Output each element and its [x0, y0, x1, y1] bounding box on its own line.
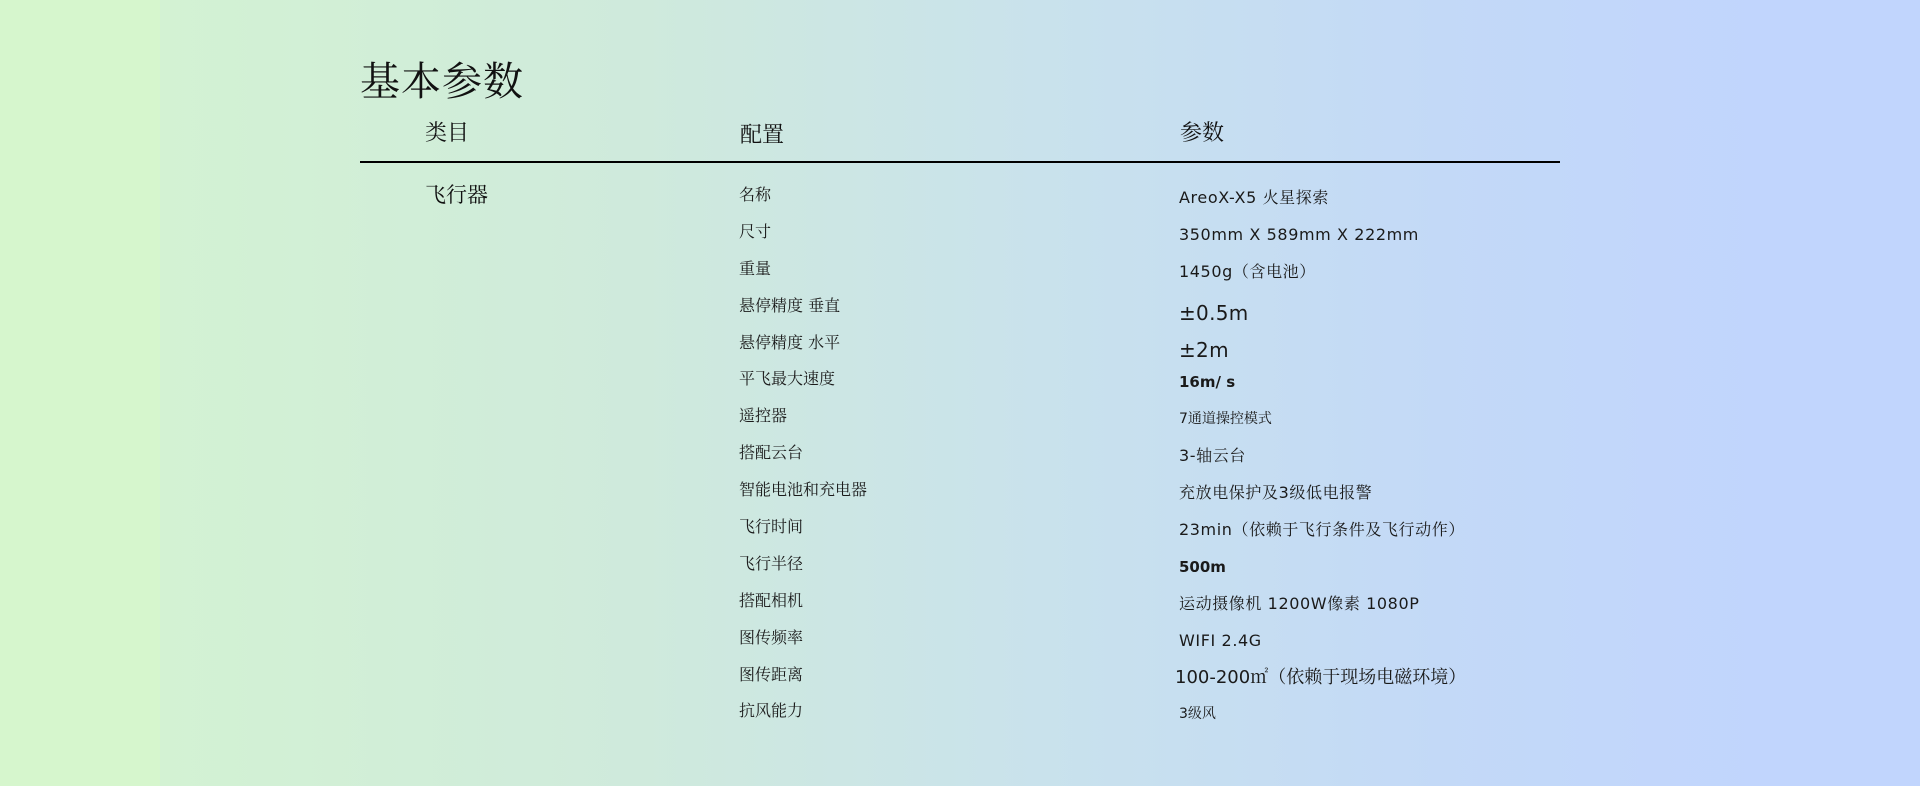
table-row: 飞行半径 500m — [360, 549, 1560, 586]
column-header-value: 参数 — [1180, 118, 1224, 150]
config-name: 图传频率 — [739, 626, 803, 650]
table-row: 图传频率 WIFI 2.4G — [360, 623, 1560, 660]
background-right-band — [1760, 0, 1920, 786]
config-value: ±0.5m — [1179, 301, 1249, 325]
config-name: 悬停精度 垂直 — [739, 294, 840, 318]
config-name: 重量 — [739, 257, 771, 281]
config-value: AreoX-X5 火星探索 — [1179, 186, 1329, 210]
table-row: 名称 AreoX-X5 火星探索 — [360, 180, 1560, 217]
config-name: 飞行时间 — [739, 515, 803, 539]
config-value: ±2m — [1179, 338, 1229, 362]
table-row: 平飞最大速度 16m/ s — [360, 364, 1560, 401]
table-row: 重量 1450g（含电池） — [360, 254, 1560, 291]
config-value: 500m — [1179, 555, 1226, 579]
config-value: 100-200㎡（依赖于现场电磁环境） — [1175, 666, 1466, 690]
config-value: 3-轴云台 — [1179, 444, 1246, 468]
table-header: 类目 配置 参数 — [360, 118, 1560, 162]
config-value: 1450g（含电池） — [1179, 260, 1316, 284]
config-value: WIFI 2.4G — [1179, 629, 1262, 653]
config-name: 悬停精度 水平 — [739, 331, 840, 355]
config-name: 抗风能力 — [739, 699, 803, 723]
table-row: 悬停精度 垂直 ±0.5m — [360, 291, 1560, 328]
config-name: 图传距离 — [739, 663, 803, 687]
config-value: 23min（依赖于飞行条件及飞行动作） — [1179, 518, 1465, 542]
config-name: 尺寸 — [739, 220, 771, 244]
config-name: 名称 — [739, 183, 771, 207]
config-value: 运动摄像机 1200W像素 1080P — [1179, 592, 1419, 616]
config-name: 智能电池和充电器 — [739, 478, 867, 502]
table-row: 抗风能力 3级风 — [360, 696, 1560, 733]
table-row: 飞行时间 23min（依赖于飞行条件及飞行动作） — [360, 512, 1560, 549]
background-left-band — [0, 0, 160, 786]
column-header-config: 配置 — [740, 120, 784, 152]
table-row: 悬停精度 水平 ±2m — [360, 328, 1560, 365]
spec-section: 基本参数 类目 配置 参数 飞行器 名称 AreoX-X5 火星探索 尺寸 35… — [360, 0, 1560, 786]
spec-table-body: 名称 AreoX-X5 火星探索 尺寸 350mm X 589mm X 222m… — [360, 180, 1560, 733]
config-name: 平飞最大速度 — [739, 367, 835, 391]
table-row: 尺寸 350mm X 589mm X 222mm — [360, 217, 1560, 254]
config-value: 16m/ s — [1179, 370, 1235, 394]
table-row: 遥控器 7通道操控模式 — [360, 401, 1560, 438]
header-divider — [360, 161, 1560, 163]
page-title: 基本参数 — [360, 58, 524, 106]
column-header-category: 类目 — [425, 118, 469, 150]
table-row: 图传距离 100-200㎡（依赖于现场电磁环境） — [360, 660, 1560, 697]
config-name: 飞行半径 — [739, 552, 803, 576]
config-name: 搭配相机 — [739, 589, 803, 613]
table-row: 搭配相机 运动摄像机 1200W像素 1080P — [360, 586, 1560, 623]
config-value: 7通道操控模式 — [1179, 407, 1272, 431]
config-name: 遥控器 — [739, 404, 787, 428]
config-value: 3级风 — [1179, 702, 1216, 726]
config-name: 搭配云台 — [739, 441, 803, 465]
table-row: 智能电池和充电器 充放电保护及3级低电报警 — [360, 475, 1560, 512]
table-row: 搭配云台 3-轴云台 — [360, 438, 1560, 475]
config-value: 充放电保护及3级低电报警 — [1179, 481, 1372, 505]
config-value: 350mm X 589mm X 222mm — [1179, 223, 1419, 247]
